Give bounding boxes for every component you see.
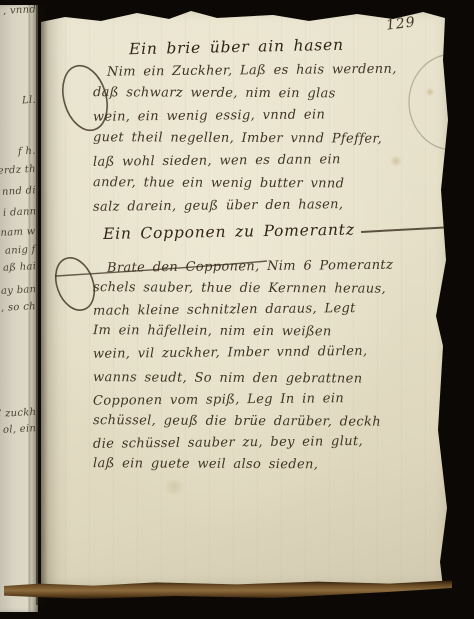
manuscript-line: mach kleine schnitzlen daraus, Legt	[93, 297, 434, 322]
margin-text-fragment: aß hai	[3, 261, 37, 274]
margin-text-fragment: anig f	[5, 244, 36, 257]
margin-text-fragment: , so ch	[1, 301, 36, 314]
margin-text-fragment: Ll.	[22, 95, 36, 107]
manuscript-page: 129 Ein brie über ain hasen Nim ein Zuck…	[41, 10, 450, 587]
margin-text-fragment: , vnnd	[3, 4, 37, 17]
manuscript-line: laß ein guete weil also sieden,	[93, 453, 434, 476]
manuscript-line: schüssel, geuß die brüe darüber, deckh	[93, 410, 434, 433]
flourish-dash	[361, 227, 445, 233]
margin-text-fragment: inam w	[0, 226, 36, 239]
facing-page-edge: Ll.f h.herdz thnnd dii danninam wanig fa…	[0, 5, 38, 612]
manuscript-line: Copponen vom spiß, Leg In in ein	[93, 387, 434, 412]
manuscript-line: salz darein, geuß über den hasen,	[93, 193, 434, 219]
manuscript-line: schels sauber, thue die Kernnen heraus,	[93, 277, 434, 300]
margin-text-fragment: ol, ein	[3, 423, 37, 436]
recipe-title-1: Ein brie über ain hasen	[129, 36, 344, 58]
margin-text-fragment: f h.	[18, 146, 36, 158]
foxing-stain	[461, 340, 470, 349]
manuscript-line: wanns seudt, So nim den gebrattnen	[93, 367, 434, 390]
recipe-body-1: Nim ein Zuckher, Laß es hais werdenn,daß…	[93, 60, 434, 218]
manuscript-line: Brate den Copponen, Nim 6 Pomerantz	[107, 254, 434, 279]
margin-text-fragment: nnd di	[2, 185, 36, 198]
recipe-body-2: Brate den Copponen, Nim 6 Pomerantzschel…	[93, 256, 434, 475]
manuscript-line: ander, thue ein wenig butter vnnd	[93, 172, 434, 196]
manuscript-line: Nim ein Zuckher, Laß es hais werdenn,	[107, 58, 434, 84]
recipe-title-2: Ein Copponen zu Pomerantz	[103, 219, 445, 243]
foxing-stain	[457, 538, 471, 554]
manuscript-photo: Ll.f h.herdz thnnd dii danninam wanig fa…	[0, 0, 474, 619]
manuscript-line: die schüssel sauber zu, bey ein glut,	[93, 430, 434, 455]
folio-number: 129	[385, 14, 416, 34]
manuscript-line: wein, ein wenig essig, vnnd ein	[93, 103, 434, 129]
margin-text-fragment: ay ban	[0, 284, 36, 297]
manuscript-line: laß wohl sieden, wen es dann ein	[93, 148, 434, 174]
recipe-title-2-text: Ein Copponen zu Pomerantz	[103, 221, 355, 243]
manuscript-line: Im ein häfellein, nim ein weißen	[93, 320, 434, 343]
manuscript-line: daß schwarz werde, nim ein glas	[93, 82, 434, 106]
margin-text-fragment: E zuckh	[0, 407, 36, 420]
margin-text-fragment: i dann	[2, 206, 36, 219]
foxing-stain	[161, 480, 187, 494]
manuscript-line: wein, vil zuckher, Imber vnnd dürlen,	[93, 340, 434, 365]
manuscript-line: guet theil negellen, Imber vnnd Pfeffer,	[93, 127, 434, 151]
